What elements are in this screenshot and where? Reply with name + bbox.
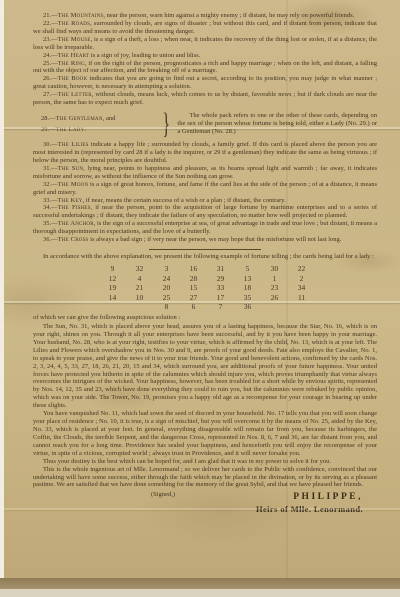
card-entry-30: 30.—The Lilies indicate a happy life ; s…: [33, 141, 377, 165]
card-number: 19: [99, 283, 126, 293]
entry-text: , if near, means the certain success of …: [83, 197, 286, 204]
card-entry-31: 31.—The Sun, lying near, points to happi…: [33, 165, 377, 181]
card-entry-32: 32.—The Moon is a sign of great honors, …: [33, 181, 377, 197]
entry-text: is always a bad sign ; if very near the …: [89, 236, 342, 243]
card-name: The Ring: [58, 60, 85, 67]
card-number: 33: [207, 283, 234, 293]
pair-note-text: The whole pack refers to one or the othe…: [177, 112, 377, 136]
card-number: 4: [126, 274, 153, 284]
card-number: 12: [99, 274, 126, 284]
card-name: The Lilies: [58, 141, 89, 148]
card-entry-33: 33.—The Key, if near, means the certain …: [33, 197, 377, 205]
card-number: 8: [153, 302, 180, 312]
signature-row: (Signed,) PHILIPPE, Heirs of Mlle. Lenor…: [33, 491, 377, 515]
paper-bottom-edge-shadow: [0, 578, 400, 589]
card-name: The Moon: [58, 181, 89, 188]
card-number: 31: [207, 264, 234, 274]
card-name: The Gentleman: [56, 115, 103, 122]
card-name: The Book: [58, 75, 88, 82]
card-number: 16: [180, 264, 207, 274]
card-number: 28: [180, 274, 207, 284]
card-number: 17: [207, 293, 234, 303]
card-number: 25: [153, 293, 180, 303]
card-entry-24: 24.—The Heart is a sign of joy, leading …: [33, 52, 377, 60]
card-number: 32: [126, 264, 153, 274]
card-entry-34: 34.—The Fishes, if near the person, poin…: [33, 204, 377, 220]
grid-row: 1921201533182334: [99, 283, 377, 293]
entry-number: 32.—: [43, 181, 58, 188]
card-number: 36: [234, 302, 261, 312]
card-name: The Sun: [58, 165, 84, 172]
example-outro: of which we can give the following auspi…: [33, 314, 377, 322]
solution-paragraph-3: Thus your destiny is the best which can …: [33, 458, 377, 466]
card-entry-26: 26.—The Book indicates that you are goin…: [33, 75, 377, 91]
card-number: 14: [99, 293, 126, 303]
entry-text: , if on the right of the person, prognos…: [33, 60, 377, 75]
entry-text: , lying near, points to happiness and pl…: [33, 165, 377, 180]
entry-text: , near the person, warn him against a mi…: [103, 12, 354, 19]
card-entry-22: 22.—The Roads, surrounded by clouds, are…: [33, 20, 377, 36]
card-entry-29: 29.—The Lady.: [41, 126, 159, 134]
card-number: 2: [288, 274, 315, 284]
card-layout-grid: 9323163153022 1242428291312 192120153318…: [99, 264, 377, 312]
card-number: 30: [261, 264, 288, 274]
card-number: 11: [288, 293, 315, 303]
card-name: The Key: [58, 197, 83, 204]
card-number: 21: [126, 283, 153, 293]
card-number: 13: [234, 274, 261, 284]
grid-row: 1410252717352611: [99, 293, 377, 303]
signed-label: (Signed,): [151, 491, 175, 499]
brace-glyph: }: [162, 110, 170, 138]
card-name: The Mountains: [58, 12, 104, 19]
entry-number: 34.—: [43, 204, 58, 211]
card-name: The Cross: [58, 236, 89, 243]
card-entry-23: 23.—The Mouse, is a sign of a theft, a l…: [33, 36, 377, 52]
card-number: 20: [153, 283, 180, 293]
document-page: 21.—The Mountains, near the person, warn…: [4, 0, 400, 581]
card-number: 35: [234, 293, 261, 303]
card-number: 18: [234, 283, 261, 293]
entry-text: is a sign of joy, leading to union and b…: [89, 52, 200, 59]
entry-number: 26.—: [43, 75, 58, 82]
card-number: 7: [207, 302, 234, 312]
card-number: 27: [180, 293, 207, 303]
card-number: 15: [180, 283, 207, 293]
signature-name: PHILIPPE,: [293, 492, 363, 502]
card-number: 24: [153, 274, 180, 284]
entry-number: 36.—: [43, 236, 58, 243]
grid-row: 1242428291312: [99, 274, 377, 284]
entry-number: 24.—: [43, 52, 58, 59]
entry-number: 28.—: [41, 115, 56, 122]
grid-row-bottom: 86736: [99, 302, 377, 312]
signature-block: PHILIPPE, Heirs of Mlle. Lenormand.: [175, 492, 377, 515]
entry-number: 30.—: [43, 141, 58, 148]
entry-number: 35.—: [43, 220, 58, 227]
entry-number: 31.—: [43, 165, 58, 172]
entry-number: 29.—: [41, 126, 56, 133]
entry-number: 25.—: [43, 60, 58, 67]
card-entry-36: 36.—The Cross is always a bad sign ; if …: [33, 236, 377, 244]
card-entry-27: 27.—The Letter, without clouds, means lu…: [33, 91, 377, 107]
entry-number: 23.—: [43, 36, 58, 43]
card-number: 29: [207, 274, 234, 284]
card-entry-28: 28.—The Gentleman, and: [41, 115, 159, 123]
card-entry-35: 35.—The Anchor, is the sign of a success…: [33, 220, 377, 236]
gentleman-lady-note: 28.—The Gentleman, and 29.—The Lady. } T…: [41, 110, 377, 138]
card-name: The Letter: [58, 91, 92, 98]
solution-paragraph-2: You have vanquished No. 11, which had so…: [33, 410, 377, 458]
scan-background-strip: [0, 589, 400, 597]
entry-number: 33.—: [43, 197, 58, 204]
grid-row: 9323163153022: [99, 264, 377, 274]
entry-number: 21.—: [43, 12, 58, 19]
card-entry-25: 25.—The Ring, if on the right of the per…: [33, 60, 377, 76]
card-name: The Lady: [56, 126, 85, 133]
example-intro: In accordance with the above explanation…: [33, 253, 377, 261]
card-number: 26: [261, 293, 288, 303]
card-number: 10: [126, 293, 153, 303]
card-number: 5: [234, 264, 261, 274]
card-number: 9: [99, 264, 126, 274]
card-number: 6: [180, 302, 207, 312]
solution-paragraph-1: The Sun, No. 31, which is placed above y…: [33, 323, 377, 410]
entry-text: .: [84, 126, 86, 133]
closing-paragraph: This is the whole ingenious art of Mlle.…: [33, 466, 377, 490]
card-number: 23: [261, 283, 288, 293]
card-name: The Roads: [58, 20, 90, 27]
card-name: The Anchor: [58, 220, 94, 227]
entry-text: , and: [103, 115, 116, 122]
entry-number: 27.—: [43, 91, 58, 98]
pair-card-labels: 28.—The Gentleman, and 29.—The Lady.: [41, 112, 159, 137]
card-name: The Heart: [58, 52, 90, 59]
card-entry-21: 21.—The Mountains, near the person, warn…: [33, 12, 377, 20]
signature-title: Heirs of Mlle. Lenormand.: [256, 504, 363, 514]
card-number: 22: [288, 264, 315, 274]
card-number: 34: [288, 283, 315, 293]
card-number: 3: [153, 264, 180, 274]
card-name: The Mouse: [58, 36, 91, 43]
card-number: 1: [261, 274, 288, 284]
card-name: The Fishes: [58, 204, 91, 211]
section-divider: [149, 249, 261, 250]
entry-number: 22.—: [43, 20, 58, 27]
